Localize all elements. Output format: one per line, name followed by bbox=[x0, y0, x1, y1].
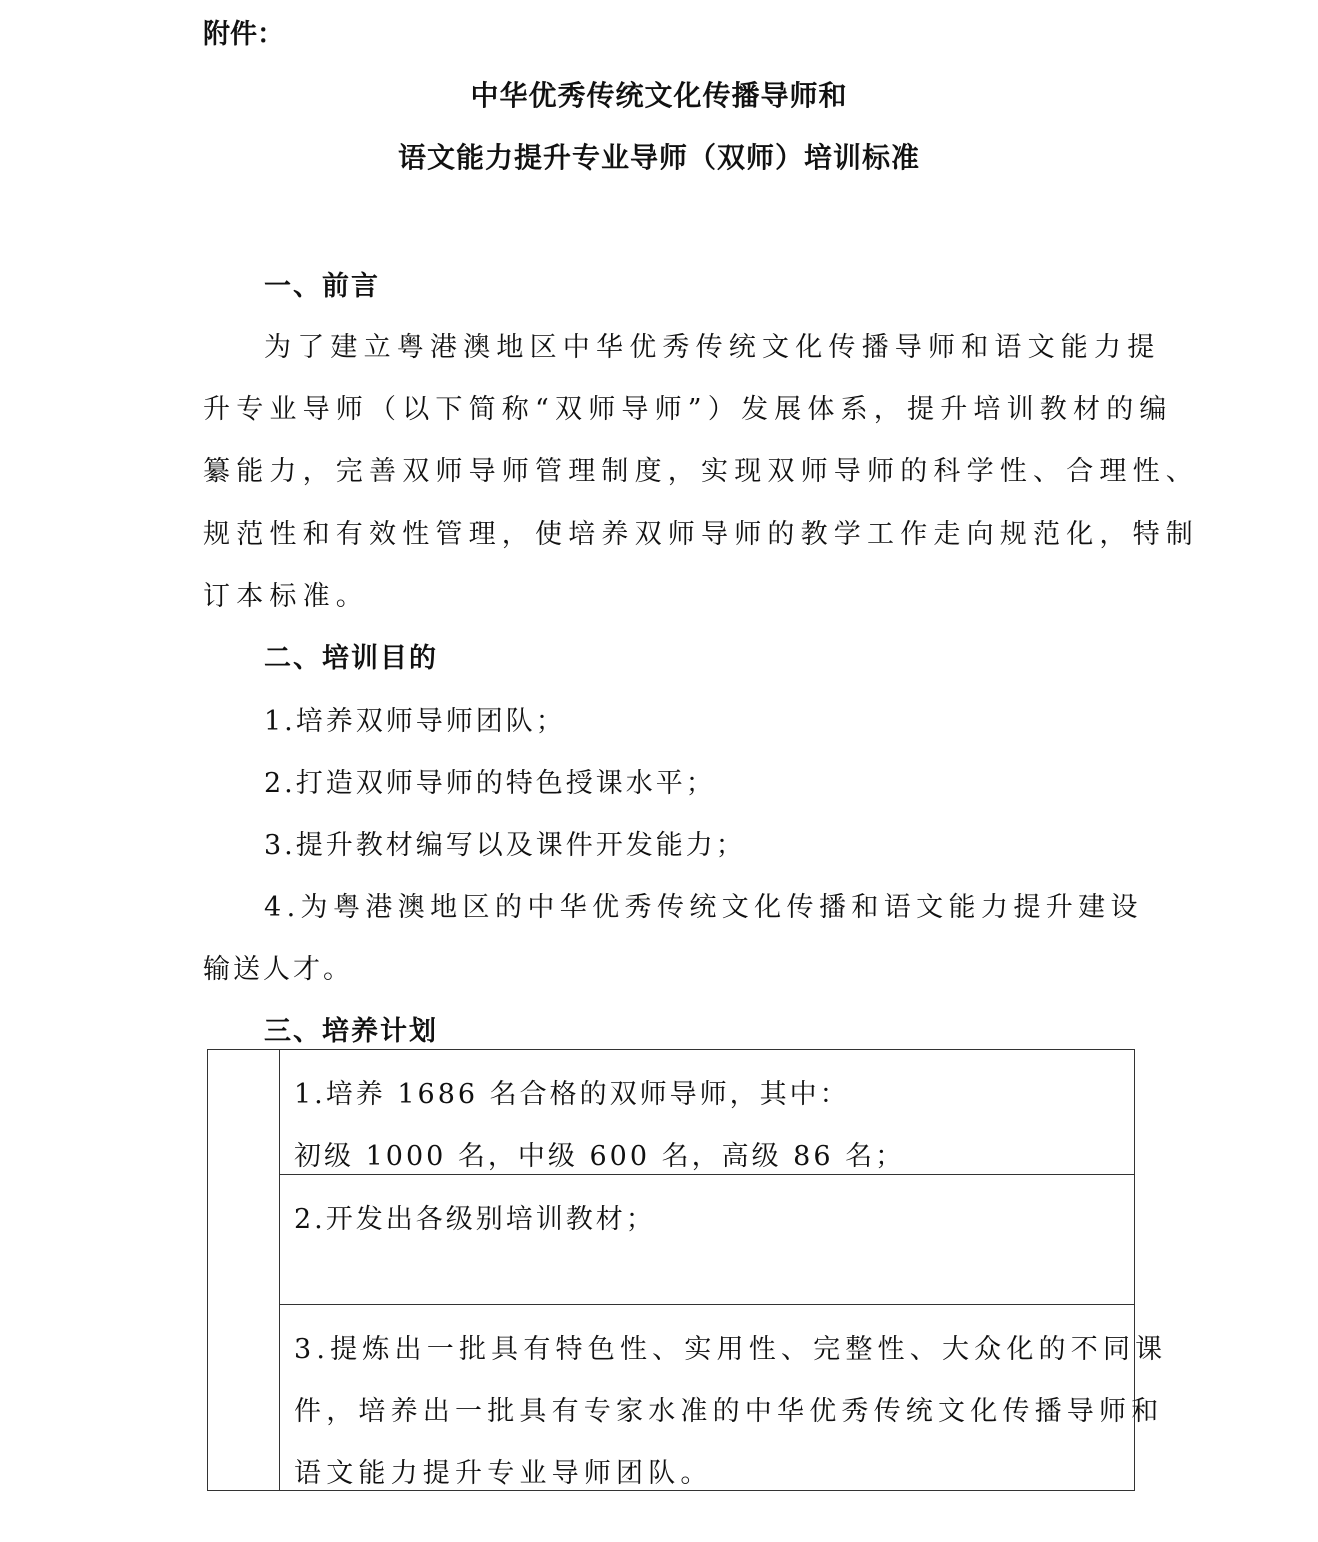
attachment-label: 附件： bbox=[203, 12, 284, 51]
table-row: 2.开发出各级别培训教材； bbox=[280, 1175, 1134, 1305]
training-plan-table: 1.培养 1686 名合格的双师导师，其中： 初级 1000 名，中级 600 … bbox=[207, 1049, 1135, 1491]
document-title-line-2: 语文能力提升专业导师（双师）培训标准 bbox=[0, 136, 1318, 176]
document-title-line-1: 中华优秀传统文化传播导师和 bbox=[0, 74, 1318, 114]
section-heading-preface: 一、前言 bbox=[264, 264, 380, 303]
preface-line-1: 为了建立粤港澳地区中华优秀传统文化传播导师和语文能力提 bbox=[264, 325, 1160, 364]
section-heading-training-plan: 三、培养计划 bbox=[264, 1009, 438, 1048]
row-3-line-2: 件，培养出一批具有专家水准的中华优秀传统文化传播导师和 bbox=[294, 1389, 1163, 1428]
goal-item-1: 1.培养双师导师团队； bbox=[264, 699, 566, 738]
row-1-line-2: 初级 1000 名，中级 600 名，高级 86 名； bbox=[294, 1134, 905, 1173]
section-heading-training-goals: 二、培训目的 bbox=[264, 636, 438, 675]
goal-item-3: 3.提升教材编写以及课件开发能力； bbox=[264, 823, 746, 862]
preface-line-2: 升专业导师（以下简称“双师导师”）发展体系，提升培训教材的编 bbox=[203, 387, 1173, 426]
goal-item-2: 2.打造双师导师的特色授课水平； bbox=[264, 761, 716, 800]
goal-item-4-continuation: 输送人才。 bbox=[203, 947, 353, 986]
goal-item-4: 4.为粤港澳地区的中华优秀传统文化传播和语文能力提升建设 bbox=[264, 885, 1143, 924]
preface-line-4: 规范性和有效性管理，使培养双师导师的教学工作走向规范化，特制 bbox=[203, 512, 1199, 551]
row-3-line-1: 3.提炼出一批具有特色性、实用性、完整性、大众化的不同课 bbox=[294, 1327, 1167, 1366]
table-row: 1.培养 1686 名合格的双师导师，其中： 初级 1000 名，中级 600 … bbox=[280, 1050, 1134, 1175]
preface-line-3: 纂能力，完善双师导师管理制度，实现双师导师的科学性、合理性、 bbox=[203, 449, 1199, 488]
row-3-line-3: 语文能力提升专业导师团队。 bbox=[294, 1451, 713, 1490]
table-row: 3.提炼出一批具有特色性、实用性、完整性、大众化的不同课 件，培养出一批具有专家… bbox=[280, 1305, 1134, 1490]
preface-line-5: 订本标准。 bbox=[203, 574, 369, 613]
row-1-line-1: 1.培养 1686 名合格的双师导师，其中： bbox=[294, 1072, 850, 1111]
row-2-line-1: 2.开发出各级别培训教材； bbox=[294, 1197, 656, 1236]
table-left-column bbox=[208, 1050, 280, 1490]
